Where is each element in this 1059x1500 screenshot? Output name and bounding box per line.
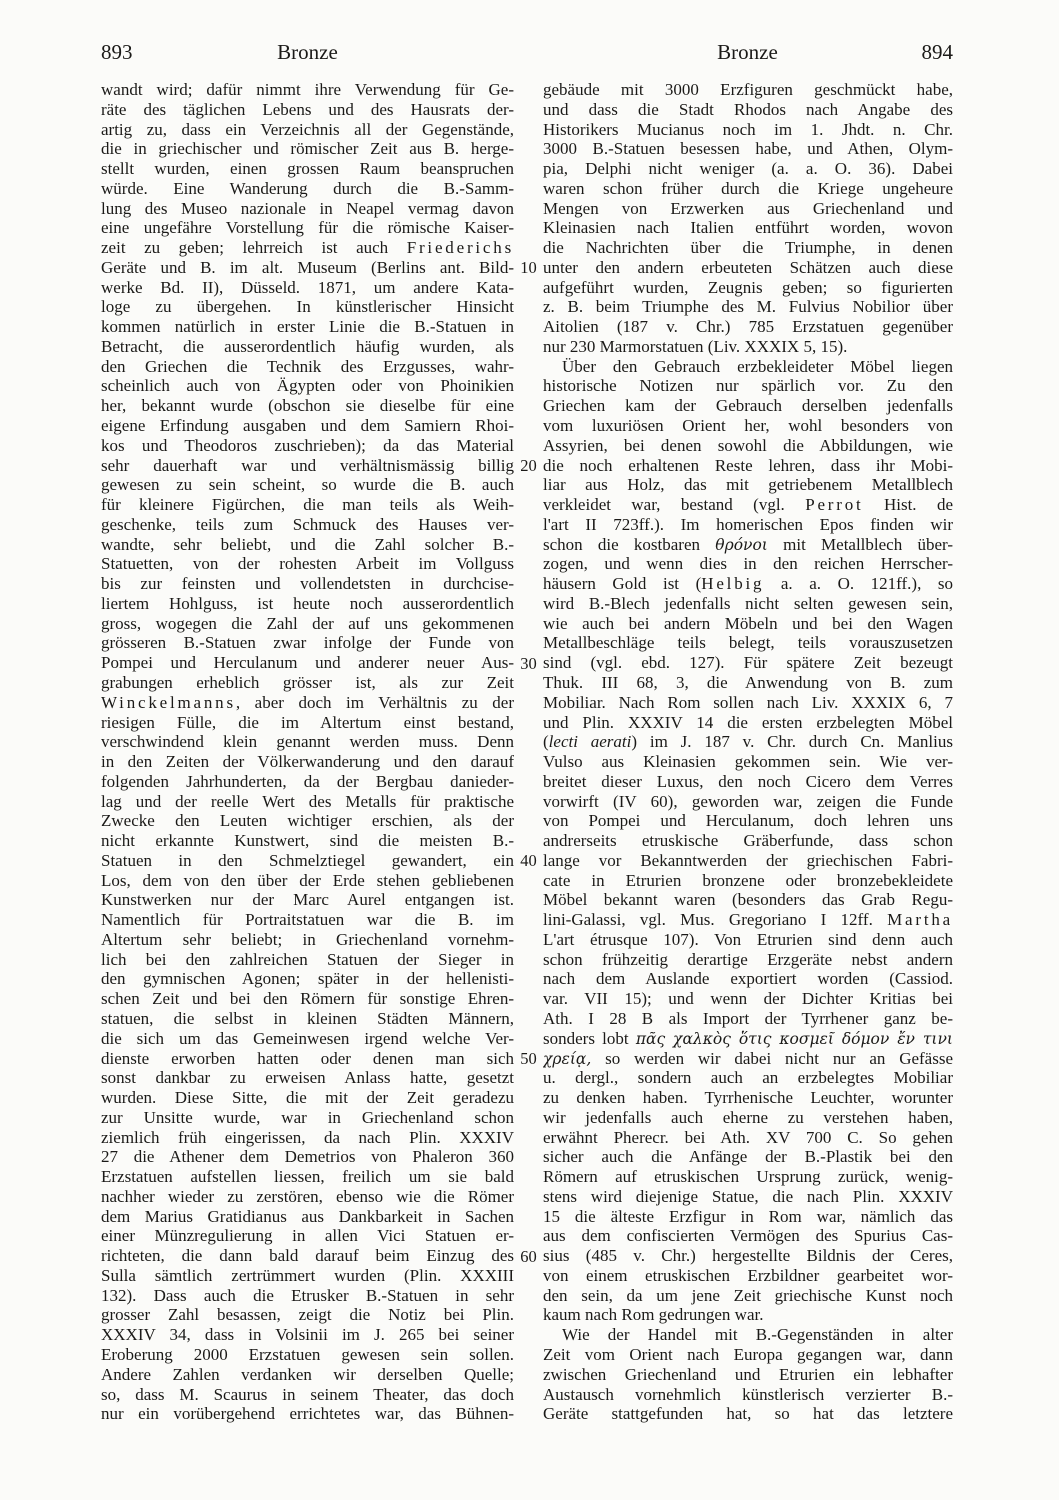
text-line: riesigen Fülle, die im Altertum einst be… [101,713,514,733]
text-line: häusern Gold ist (Helbig a. a. O. 121ff.… [543,574,953,594]
text-line: sicher auch die Anfänge der B.-Plastik b… [543,1147,953,1167]
text-line: lange vor Bekanntwerden der griechischen… [543,851,953,871]
text-line: kos und Theodoros zuschrieben); da das M… [101,436,514,456]
text-line: stens wird diejenige Statue, die nach Pl… [543,1187,953,1207]
text-line: historische Notizen nur spärlich vor. Zu… [543,376,953,396]
text-line: Geräte stattgefunden hat, so hat das let… [543,1404,953,1424]
text-line: lich bei den zahlreichen Statuen der Sie… [101,950,514,970]
text-line: Thuk. III 68, 3, die Anwendung von B. zu… [543,673,953,693]
text-line: Zwecke den Leuten wichtiger erschien, al… [101,811,514,831]
text-line: gross, wogegen die Zahl der auf uns geko… [101,614,514,634]
text-line: Assyrien, bei denen sowohl die Abbildung… [543,436,953,456]
text-line: sind (vgl. ebd. 127). Für spätere Zeit b… [543,653,953,673]
author-name: Winckelmanns [101,693,236,712]
text-line: lag und der reelle Wert des Metalls für … [101,792,514,812]
text-line: bis zur feinsten und vollendetsten in du… [101,574,514,594]
text-line: unter den andern erbeuteten Schätzen auc… [543,258,953,278]
text-line: lini-Galassi, vgl. Mus. Gregoriano I 12f… [543,910,953,930]
text-line: Zeit vom Orient nach Europa gegangen war… [543,1345,953,1365]
text-line: wandte, sehr beliebt, und die Zahl solch… [101,535,514,555]
text-line: vom luxuriösen Orient her, wohl besonder… [543,416,953,436]
text-line: loge zu übergehen. In künstlerischer Hin… [101,297,514,317]
text-line: den Griechen die Technik des Erzgusses, … [101,357,514,377]
author-name: Perrot [805,495,863,514]
text-line: (lecti aerati) im J. 187 v. Chr. durch C… [543,732,953,752]
author-name: Martha [887,910,953,929]
text-line: sonders lobt πᾶς χαλκὸς ὅτις κοσμεῖ δόμο… [543,1029,953,1049]
text-line: dem Marius Gratidianus aus Dankbarkeit i… [101,1207,514,1227]
line-number: 40 [514,851,543,871]
text-line: wird B.-Blech jedenfalls nicht selten ge… [543,594,953,614]
text-line: verschwindend klein genannt werden muss.… [101,732,514,752]
line-number: 20 [514,456,543,476]
text-line: var. VII 15); und wenn der Dichter Kriti… [543,989,953,1009]
text-line: verkleidet war, bestand (vgl. Perrot His… [543,495,953,515]
text-line: Über den Gebrauch erzbekleideter Möbel l… [543,357,953,377]
text-line: gebäude mit 3000 Erzfiguren geschmückt h… [543,80,953,100]
line-number: 30 [514,654,543,674]
text-line: nach dem Auslande exportiert worden (Cas… [543,969,953,989]
text-line: kaum nach Rom gedrungen war. [543,1305,953,1325]
text-line: z. B. beim Triumphe des M. Fulvius Nobil… [543,297,953,317]
text-line: in den Zeiten der Völkerwanderung und de… [101,752,514,772]
text-line: wurden. Diese Sitte, die mit der Zeit ge… [101,1088,514,1108]
text-line: eine ungefähre Vorstellung für die römis… [101,218,514,238]
text-line: L'art étrusque 107). Von Etrurien sind d… [543,930,953,950]
text-line: die Nachrichten über die Triumphe, in de… [543,238,953,258]
text-line: ziemlich früh eingerissen, da nach Plin.… [101,1128,514,1148]
text-line: breitet dieser Luxus, den noch Cicero de… [543,772,953,792]
text-line: den gymnischen Agonen; später in der hel… [101,969,514,989]
text-line: so, dass M. Scaurus in seinem Theater, d… [101,1385,514,1405]
text-line: Aitolien (187 v. Chr.) 785 Erzstatuen ge… [543,317,953,337]
text-line: χρείᾳ, so werden wir dabei nicht nur an … [543,1049,953,1069]
text-line: räte des täglichen Lebens und des Hausra… [101,100,514,120]
text-line: Sulla sämtlich zertrümmert wurden (Plin.… [101,1266,514,1286]
text-line: von einem etruskischen Erzbildner gearbe… [543,1266,953,1286]
text-line: 27 die Athener dem Demetrios von Phalero… [101,1147,514,1167]
text-line: werke Bd. II), Düsseld. 1871, um andere … [101,278,514,298]
text-line: erwähnt Pherecr. bei Ath. XV 700 C. So g… [543,1128,953,1148]
text-line: Statuen in den Schmelztiegel gewandert, … [101,851,514,871]
text-line: wandt wird; dafür nimmt ihre Verwendung … [101,80,514,100]
text-line: nicht erkannte Kunstwert, sind die meist… [101,831,514,851]
text-line: geschenke, teils zum Schmuck des Hauses … [101,515,514,535]
text-line: cate in Etrurien bronzene oder bronzebek… [543,871,953,891]
text-line: wir jedenfalls auch eherne zu verstehen … [543,1108,953,1128]
text-line: sonst dankbar zu erweisen Anlass hatte, … [101,1068,514,1088]
text-line: grosser Zahl besassen, zeigt die Notiz b… [101,1305,514,1325]
text-line: Geräte und B. im alt. Museum (Berlins an… [101,258,514,278]
text-line: einer Münzregulierung in allen Vici Stat… [101,1226,514,1246]
scanned-page: 893 Bronze Bronze 894 wandt wird; dafür … [0,0,1059,1500]
text-line: 132). Dass auch die Etrusker B.-Statuen … [101,1286,514,1306]
text-line: kommen natürlich in erster Linie die B.-… [101,317,514,337]
text-line: nur 230 Marmorstatuen (Liv. XXXIX 5, 15)… [543,337,953,357]
text-line: Erzstatuen aufstellen liessen, freilich … [101,1167,514,1187]
column-title-left: Bronze [101,40,514,65]
text-line: Vulso aus Kleinasien gekommen sein. Wie … [543,752,953,772]
text-line: Andere Zahlen verdanken wir derselben Qu… [101,1365,514,1385]
text-line: eigene Erfindung ausgaben und dem Samier… [101,416,514,436]
text-line: XXXIV 34, dass in Volsinii im J. 265 bei… [101,1325,514,1345]
greek-phrase: πᾶς χαλκὸς ὅτις κοσμεῖ δόμον ἔν τινι [636,1030,953,1048]
gutter-line-numbers: 102030405060 [514,80,543,1430]
text-line: schon die kostbaren θρόνοι mit Metallble… [543,535,953,555]
text-line: sehr dauerhaft war und verhältnismässig … [101,456,514,476]
text-line: folgenden Jahrhunderten, da der Bergbau … [101,772,514,792]
text-line: grösseren B.-Statuen zwar infolge der Fu… [101,633,514,653]
text-line: zogen, und wenn dies in den reichen Herr… [543,554,953,574]
text-line: würde. Eine Wanderung durch die B.-Samm- [101,179,514,199]
text-column-left: wandt wird; dafür nimmt ihre Verwendung … [101,80,514,1424]
text-line: waren schon früher durch die Kriege unge… [543,179,953,199]
text-line: Altertum sehr beliebt; in Griechenland v… [101,930,514,950]
text-line: die sich um das Gemeinwesen irgend welch… [101,1029,514,1049]
text-line: schon frühzeitig derartige Erzgeräte neb… [543,950,953,970]
page-header: 893 Bronze Bronze 894 [101,40,953,66]
text-line: schen Zeit und bei den Römern für sonsti… [101,989,514,1009]
text-line: Eroberung 2000 Erzstatuen gewesen sein s… [101,1345,514,1365]
text-line: richteten, die dann bald darauf beim Ein… [101,1246,514,1266]
column-title-right: Bronze [542,40,953,65]
text-line: Mobiliar. Nach Rom sollen nach Liv. XXXI… [543,693,953,713]
text-line: Ath. I 28 B als Import der Tyrrhener gan… [543,1009,953,1029]
line-number: 10 [514,258,543,278]
text-line: liar aus Holz, das mit getriebenem Metal… [543,475,953,495]
text-line: 15 die älteste Erzfigur in Rom war, näml… [543,1207,953,1227]
text-line: sius (485 v. Chr.) hergestellte Bildnis … [543,1246,953,1266]
text-line: Metallbeschläge teils belegt, teils vora… [543,633,953,653]
text-line: zur Unsitte wurde, war in Griechenland s… [101,1108,514,1128]
text-line: l'art II 723ff.). Im homerischen Epos fi… [543,515,953,535]
text-line: zu denken haben. Tyrrhenische Leuchter, … [543,1088,953,1108]
text-line: Winckelmanns, aber doch im Verhältnis zu… [101,693,514,713]
line-number: 60 [514,1247,543,1267]
text-line: grabungen erheblich grösser ist, als zur… [101,673,514,693]
text-line: her, bekannt wurde (obschon sie dieselbe… [101,396,514,416]
text-line: und Plin. XXXIV 14 die ersten erzbelegte… [543,713,953,733]
text-line: statuen, die selbst in kleinen Städten M… [101,1009,514,1029]
text-line: stellt wurden, einen grossen Raum beansp… [101,159,514,179]
text-line: den sein, da um jene Zeit griechische Ku… [543,1286,953,1306]
text-line: wie auch bei andern Möbeln und bei den W… [543,614,953,634]
text-line: Statuetten, von der rohesten Arbeit im V… [101,554,514,574]
text-line: Los, dem von den über der Erde stehen ge… [101,871,514,891]
text-line: liertem Hohlguss, ist heute noch aussero… [101,594,514,614]
text-line: artig zu, dass ein Verzeichnis all der G… [101,120,514,140]
latin-term: lecti aerati [549,732,632,751]
author-name: Helbig [701,574,764,593]
text-line: die in griechischer und römischer Zeit a… [101,139,514,159]
author-name: Friederichs [407,238,514,257]
text-line: andrerseits etruskische Gräberfunde, das… [543,831,953,851]
greek-phrase: θρόνοι [715,536,768,554]
text-line: Möbel bekannt waren (besonders das Grab … [543,890,953,910]
text-line: von Pompei und Herculanum, doch lehren u… [543,811,953,831]
text-line: Betracht, die ausserordentlich häufig wu… [101,337,514,357]
text-line: 3000 B.-Statuen besessen habe, und Athen… [543,139,953,159]
text-line: pia, Delphi nicht weniger (a. a. O. 36).… [543,159,953,179]
text-line: nachher wieder zu zerstören, ebenso wie … [101,1187,514,1207]
text-line: Römern auf etruskischen Ursprung zurück,… [543,1167,953,1187]
text-line: aus dem confiscierten Vermögen des Spuri… [543,1226,953,1246]
text-line: Kleinasien nach Italien entführt worden,… [543,218,953,238]
text-line: Griechen kam der Gebrauch derselben jede… [543,396,953,416]
text-line: und dass die Stadt Rhodos nach Angabe de… [543,100,953,120]
text-line: zwischen Griechenland und Etrurien ein l… [543,1365,953,1385]
text-line: nur ein vorübergehend errichtetes war, d… [101,1404,514,1424]
line-number: 50 [514,1049,543,1069]
text-line: Kunstwerken nur der Marc Aurel entgangen… [101,890,514,910]
text-line: für kleinere Figürchen, die man teils al… [101,495,514,515]
text-line: gewesen zu sein scheint, so wurde die B.… [101,475,514,495]
text-line: zeit zu geben; lehrreich ist auch Friede… [101,238,514,258]
text-line: lung des Museo nazionale in Neapel verma… [101,199,514,219]
text-line: Mengen von Erzwerken aus Griechenland un… [543,199,953,219]
text-line: Pompei und Herculanum und anderer neuer … [101,653,514,673]
text-line: aufgeführt wurden, Zeugnis geben; so fig… [543,278,953,298]
text-line: die noch erhaltenen Reste lehren, dass i… [543,456,953,476]
page-number-right: 894 [922,40,954,65]
text-line: vorwirft (IV 60), geworden war, zeigen d… [543,792,953,812]
text-line: dienste erworben hatten oder denen man s… [101,1049,514,1069]
text-line: u. dergl., sondern auch an erzbelegtes M… [543,1068,953,1088]
text-line: Namentlich für Portraitstatuen war die B… [101,910,514,930]
text-line: scheinlich auch von Ägypten oder von Pho… [101,376,514,396]
text-column-right: gebäude mit 3000 Erzfiguren geschmückt h… [543,80,953,1424]
greek-phrase: χρείᾳ, [543,1050,591,1068]
text-line: Wie der Handel mit B.-Gegenständen in al… [543,1325,953,1345]
text-line: Historikers Mucianus noch im 1. Jhdt. n.… [543,120,953,140]
text-line: Austausch vornehmlich künstlerisch verzi… [543,1385,953,1405]
